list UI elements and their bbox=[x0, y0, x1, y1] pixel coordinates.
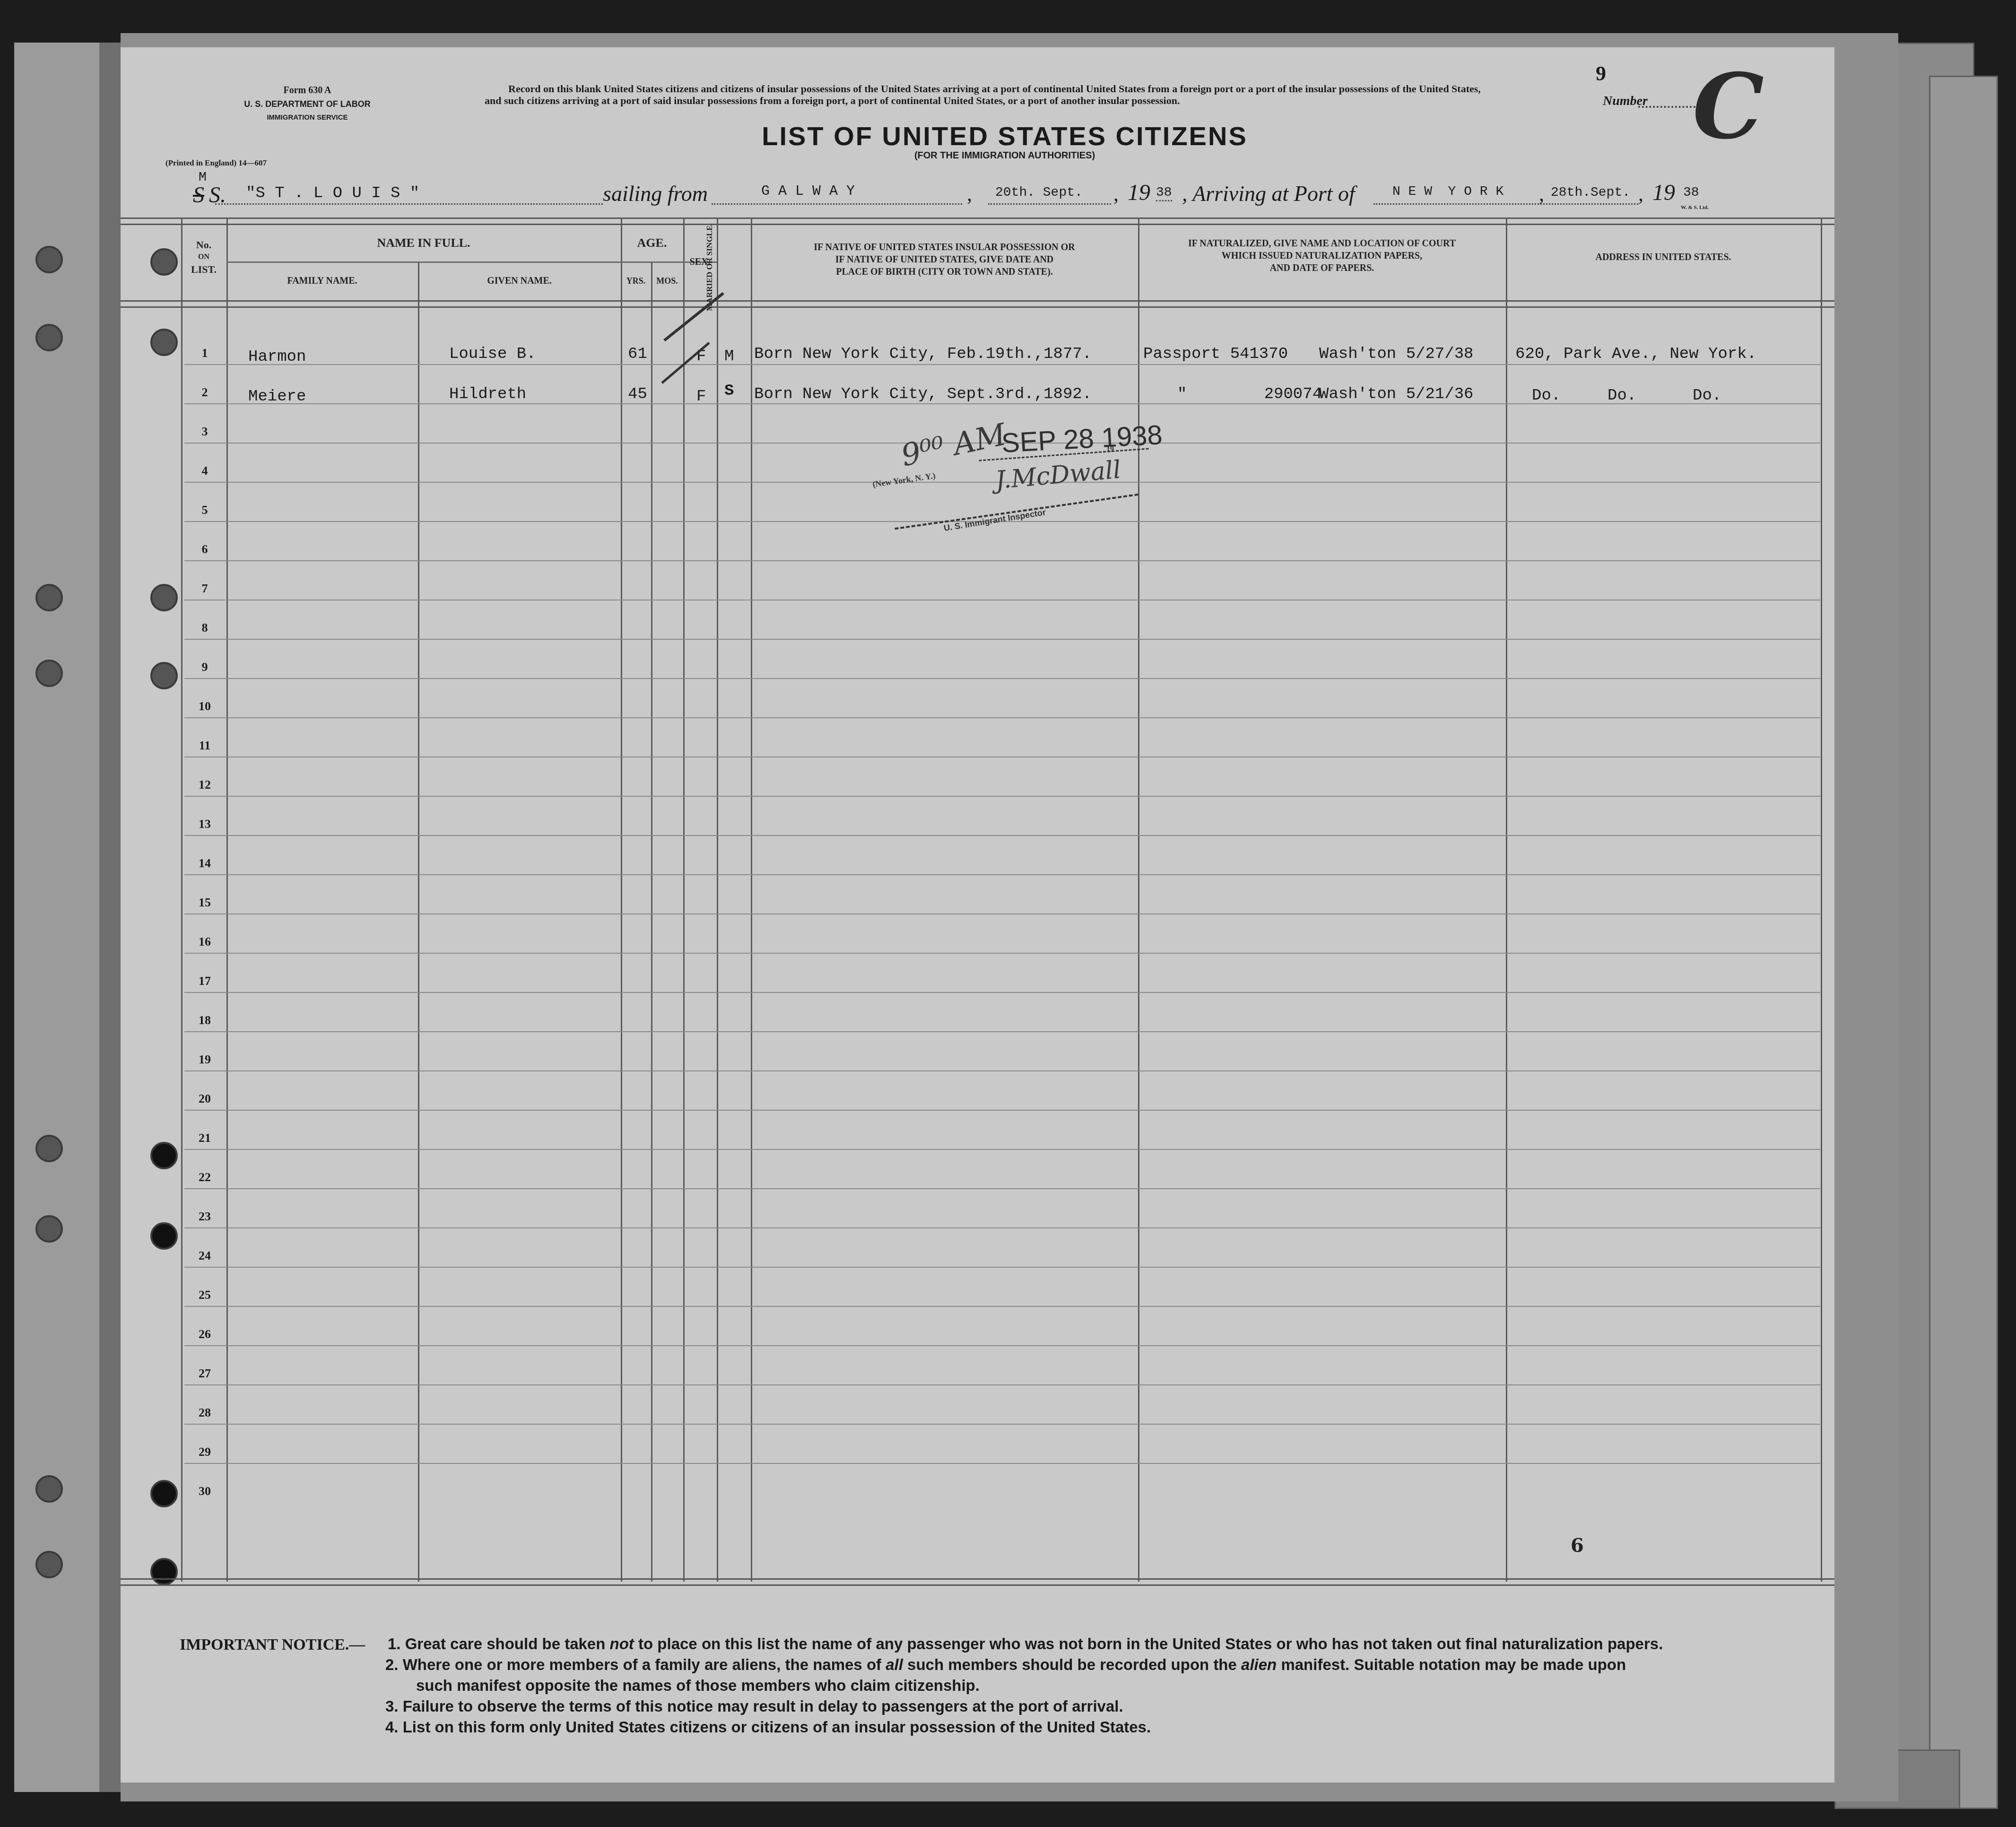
sheet-punch-hole bbox=[150, 662, 178, 689]
court-date: Wash'ton 5/27/38 bbox=[1319, 345, 1473, 363]
comma: , bbox=[1539, 182, 1544, 206]
address: Do. bbox=[1693, 387, 1721, 405]
notice-item-4: 4. List on this form only United States … bbox=[385, 1718, 1151, 1736]
given-name: Louise B. bbox=[449, 345, 536, 363]
row-number: 9 bbox=[182, 660, 227, 674]
sheet-punch-hole bbox=[150, 584, 178, 611]
row-rule bbox=[184, 1110, 1820, 1111]
row-rule bbox=[184, 1227, 1820, 1228]
row-rule bbox=[184, 1149, 1820, 1150]
column-divider bbox=[621, 217, 622, 1582]
notice-text: List on this form only United States cit… bbox=[403, 1718, 1151, 1736]
row-rule bbox=[184, 1188, 1820, 1189]
header-name-in-full: NAME IN FULL. bbox=[226, 236, 621, 250]
row-rule bbox=[184, 1306, 1820, 1307]
sheet-punch-hole bbox=[150, 248, 178, 276]
notice-text: manifest. Suitable notation may be made … bbox=[1277, 1656, 1626, 1673]
notice-text: such members should be recorded upon the bbox=[903, 1656, 1241, 1673]
header-birth-line: PLACE OF BIRTH (CITY OR TOWN AND STATE). bbox=[751, 266, 1138, 278]
notice-item-2-continuation: such manifest opposite the names of thos… bbox=[416, 1677, 980, 1695]
row-number: 25 bbox=[182, 1288, 227, 1302]
row-number: 24 bbox=[182, 1249, 227, 1263]
sheet-punch-hole bbox=[150, 329, 178, 356]
header-age: AGE. bbox=[621, 236, 683, 250]
header-birth: IF NATIVE OF UNITED STATES INSULAR POSSE… bbox=[751, 241, 1138, 278]
notice-item-1: 1. Great care should be taken not to pla… bbox=[388, 1635, 1663, 1653]
header-family-name: FAMILY NAME. bbox=[226, 274, 418, 287]
row-rule bbox=[184, 1267, 1820, 1268]
row-number: 4 bbox=[182, 464, 227, 478]
departure-year-prefix: 19 bbox=[1128, 180, 1150, 206]
row-rule bbox=[184, 1463, 1820, 1464]
number-value: C bbox=[1693, 61, 1764, 151]
sheet-punch-hole bbox=[150, 1142, 178, 1169]
header-naturalized-line: AND DATE OF PAPERS. bbox=[1138, 262, 1506, 274]
service-name: IMMIGRATION SERVICE bbox=[189, 113, 426, 122]
row-number: 1 bbox=[182, 346, 227, 360]
address: Do. bbox=[1608, 387, 1636, 405]
form-instructions: Record on this blank United States citiz… bbox=[485, 83, 1492, 106]
printed-note: (Printed in England) 14—607 bbox=[165, 158, 267, 168]
notice-heading: IMPORTANT NOTICE.— bbox=[180, 1636, 365, 1654]
naturalization-papers: Passport 541370 bbox=[1143, 345, 1288, 363]
arrival-year: 38 bbox=[1683, 185, 1699, 200]
stamp-year-suffix: 19 bbox=[1106, 445, 1114, 454]
row-number: 7 bbox=[182, 582, 227, 596]
row-number: 22 bbox=[182, 1170, 227, 1184]
row-number: 28 bbox=[182, 1406, 227, 1420]
vessel-prefix-struck: S bbox=[193, 182, 204, 208]
row-number: 20 bbox=[182, 1092, 227, 1106]
header-no-on-list: No. ON LIST. bbox=[181, 239, 226, 276]
vessel-name: "S T . L O U I S " bbox=[246, 184, 419, 202]
header-naturalized: IF NATURALIZED, GIVE NAME AND LOCATION O… bbox=[1138, 237, 1506, 274]
row-rule bbox=[184, 639, 1820, 640]
row-rule bbox=[184, 1424, 1820, 1425]
page-number: 9 bbox=[1596, 61, 1606, 86]
departure-date: 20th. Sept. bbox=[995, 185, 1083, 200]
row-rule bbox=[184, 874, 1820, 875]
family-name: Harmon bbox=[248, 348, 306, 366]
header-given-name: GIVEN NAME. bbox=[418, 274, 621, 287]
court-date: Wash'ton 5/21/36 bbox=[1319, 385, 1473, 403]
comma: , bbox=[967, 182, 972, 206]
address: 620, Park Ave., New York. bbox=[1515, 345, 1756, 363]
department-name: U. S. DEPARTMENT OF LABOR bbox=[189, 99, 426, 109]
column-divider bbox=[651, 262, 652, 1582]
notice-num: 3. bbox=[385, 1697, 399, 1715]
row-rule bbox=[184, 1384, 1820, 1385]
row-number: 13 bbox=[182, 817, 227, 831]
notice-text: to place on this list the name of any pa… bbox=[634, 1635, 1663, 1653]
notice-text: Where one or more members of a family ar… bbox=[403, 1656, 886, 1673]
row-number: 6 bbox=[182, 542, 227, 557]
binder-hole bbox=[35, 1551, 63, 1578]
binder-hole bbox=[35, 1475, 63, 1503]
page-subtitle: (FOR THE IMMIGRATION AUTHORITIES) bbox=[804, 150, 1206, 161]
row-number: 18 bbox=[182, 1013, 227, 1027]
header-yrs: YRS. bbox=[621, 274, 651, 287]
notice-item-2: 2. Where one or more members of a family… bbox=[385, 1656, 1626, 1674]
row-number: 14 bbox=[182, 856, 227, 870]
vessel-dotted-line bbox=[215, 203, 603, 205]
row-rule bbox=[184, 835, 1820, 836]
arrival-port: N E W Y O R K bbox=[1392, 184, 1503, 199]
binder-hole bbox=[35, 324, 63, 351]
header-naturalized-line: IF NATURALIZED, GIVE NAME AND LOCATION O… bbox=[1138, 237, 1506, 250]
arriving-label: , Arriving at Port of bbox=[1182, 181, 1355, 206]
row-number: 29 bbox=[182, 1445, 227, 1459]
address: Do. bbox=[1532, 387, 1561, 405]
row-rule bbox=[184, 1031, 1820, 1032]
given-name: Hildreth bbox=[449, 385, 526, 403]
column-divider bbox=[1821, 217, 1822, 1582]
header-birth-line: IF NATIVE OF UNITED STATES, GIVE DATE AN… bbox=[751, 253, 1138, 266]
form-number: Form 630 A bbox=[236, 85, 378, 96]
margin-mark: 6 bbox=[1571, 1534, 1584, 1557]
row-number: 30 bbox=[182, 1484, 227, 1498]
row-rule bbox=[184, 1345, 1820, 1346]
row-rule bbox=[184, 403, 1820, 404]
row-number: 19 bbox=[182, 1053, 227, 1067]
row-number: 8 bbox=[182, 621, 227, 635]
notice-text: Failure to observe the terms of this not… bbox=[403, 1697, 1123, 1715]
header-bottom-rule bbox=[121, 300, 1834, 308]
column-divider bbox=[418, 262, 419, 1582]
family-name: Meiere bbox=[248, 388, 306, 406]
comma: , bbox=[1638, 182, 1643, 206]
naturalization-papers: " 290074 bbox=[1177, 385, 1322, 403]
binder-hole bbox=[35, 584, 63, 611]
arrival-date: 28th.Sept. bbox=[1551, 185, 1630, 200]
row-number: 12 bbox=[182, 778, 227, 792]
row-number: 5 bbox=[182, 503, 227, 517]
column-divider bbox=[1506, 217, 1507, 1582]
row-rule bbox=[184, 717, 1820, 718]
birth-info: Born New York City, Feb.19th.,1877. bbox=[754, 345, 1092, 363]
row-number: 3 bbox=[182, 425, 227, 439]
row-number: 27 bbox=[182, 1366, 227, 1381]
departure-year: 38 bbox=[1156, 185, 1172, 201]
background-page-stack-2 bbox=[1929, 76, 1998, 1809]
printer-mark: W. & S. Ltd. bbox=[1681, 205, 1709, 210]
row-number: 23 bbox=[182, 1209, 227, 1224]
header-list: LIST. bbox=[181, 263, 226, 276]
row-rule bbox=[184, 992, 1820, 993]
sailing-from-label: sailing from bbox=[603, 181, 708, 206]
comma: , bbox=[1113, 182, 1119, 206]
column-divider bbox=[683, 217, 685, 1582]
row-number: 11 bbox=[182, 739, 227, 753]
row-rule bbox=[184, 913, 1820, 914]
notice-num: 1. bbox=[388, 1635, 401, 1653]
row-number: 21 bbox=[182, 1131, 227, 1145]
page-title: LIST OF UNITED STATES CITIZENS bbox=[709, 121, 1300, 151]
arriving-label-text: Arriving at Port of bbox=[1192, 182, 1355, 206]
header-no: No. bbox=[181, 239, 226, 251]
sheet-punch-hole bbox=[150, 1222, 178, 1250]
notice-emphasis: all bbox=[886, 1656, 903, 1673]
name-age-subheader-rule bbox=[226, 261, 717, 263]
row-number: 26 bbox=[182, 1327, 227, 1341]
notice-text: Great care should be taken bbox=[405, 1635, 610, 1653]
sailing-from-dotted-line bbox=[712, 203, 962, 205]
notice-num: 4. bbox=[385, 1718, 399, 1736]
table-bottom-rule bbox=[121, 1578, 1834, 1586]
row-number: 17 bbox=[182, 974, 227, 988]
header-address: ADDRESS IN UNITED STATES. bbox=[1506, 251, 1821, 264]
sheet-punch-hole bbox=[150, 1480, 178, 1507]
header-birth-line: IF NATIVE OF UNITED STATES INSULAR POSSE… bbox=[751, 241, 1138, 253]
header-on: ON bbox=[181, 251, 226, 263]
age-years: 61 bbox=[628, 345, 647, 363]
check-mark-icon bbox=[657, 288, 728, 397]
binder-hole bbox=[35, 660, 63, 687]
row-rule bbox=[184, 364, 1820, 365]
row-number: 2 bbox=[182, 385, 227, 400]
row-rule bbox=[184, 1070, 1820, 1071]
binder-hole bbox=[35, 246, 63, 273]
row-rule bbox=[184, 953, 1820, 954]
row-number: 15 bbox=[182, 896, 227, 910]
binder-hole bbox=[35, 1215, 63, 1243]
arrival-year-prefix: 19 bbox=[1652, 180, 1675, 206]
age-years: 45 bbox=[628, 385, 647, 403]
row-number: 10 bbox=[182, 699, 227, 713]
row-rule bbox=[184, 757, 1820, 757]
row-rule bbox=[184, 600, 1820, 600]
header-mos: MOS. bbox=[651, 274, 683, 287]
row-rule bbox=[184, 560, 1820, 561]
binder-hole bbox=[35, 1135, 63, 1162]
notice-emphasis: not bbox=[610, 1635, 634, 1653]
header-naturalized-line: WHICH ISSUED NATURALIZATION PAPERS, bbox=[1138, 250, 1506, 262]
table-top-rule bbox=[121, 217, 1834, 225]
column-divider bbox=[751, 217, 752, 1582]
row-rule bbox=[184, 678, 1820, 679]
row-number: 16 bbox=[182, 935, 227, 949]
departure-port: G A L W A Y bbox=[761, 183, 855, 200]
binder-shadow bbox=[99, 43, 121, 1792]
notice-item-3: 3. Failure to observe the terms of this … bbox=[385, 1697, 1123, 1715]
column-divider bbox=[717, 217, 718, 1582]
arrival-dotted-line bbox=[1373, 203, 1638, 205]
notice-num: 2. bbox=[385, 1656, 399, 1673]
row-rule bbox=[184, 796, 1820, 797]
birth-info: Born New York City, Sept.3rd.,1892. bbox=[754, 385, 1092, 403]
departure-dotted-line bbox=[988, 203, 1111, 205]
notice-emphasis: alien bbox=[1241, 1656, 1277, 1673]
